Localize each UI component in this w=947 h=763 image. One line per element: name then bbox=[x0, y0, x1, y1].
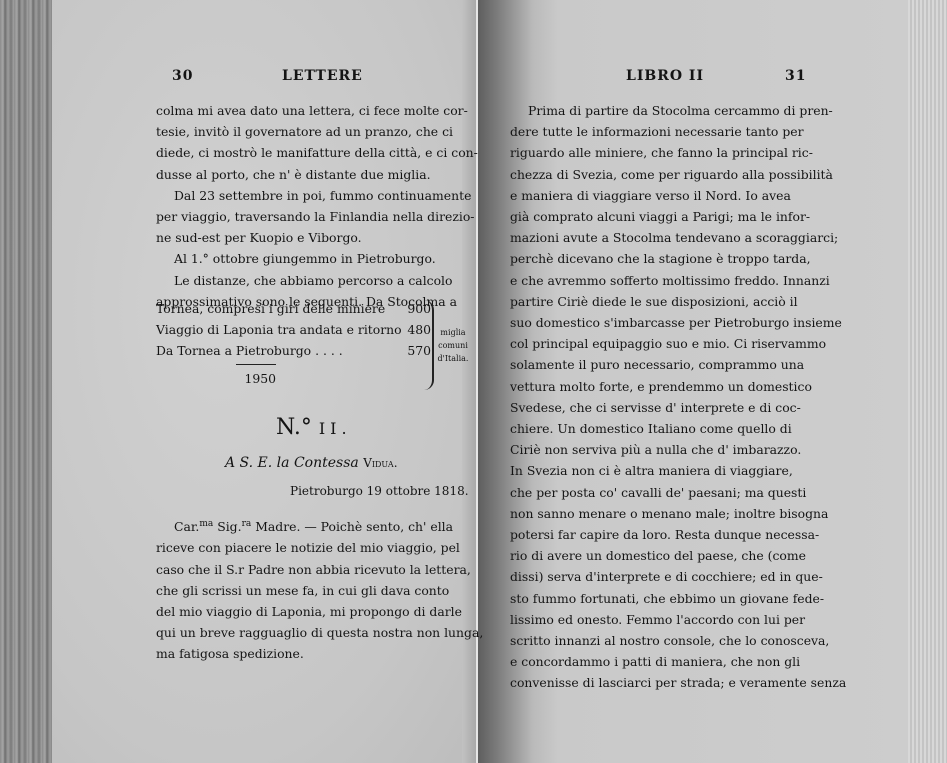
text-line: che gli scrissi un mese fa, in cui gli d… bbox=[156, 580, 466, 601]
text-line: convenisse di lasciarci per strada; e ve… bbox=[510, 672, 825, 693]
text-line: In Svezia non ci è altra maniera di viag… bbox=[510, 460, 825, 481]
distance-total: 1950 bbox=[232, 371, 276, 386]
text-line: riceve con piacere le notizie del mio vi… bbox=[156, 537, 466, 558]
unit-note-line: d'Italia. bbox=[436, 352, 470, 365]
left-page-number: 30 bbox=[172, 68, 193, 84]
text-line: del mio viaggio di Laponia, mi propongo … bbox=[156, 601, 466, 622]
letter-body: Car.ma Sig.ra Madre. — Poichè sento, ch'… bbox=[156, 514, 466, 665]
text-line: potersi far capire da loro. Resta dunque… bbox=[510, 524, 825, 545]
text-line: dissi) serva d'interprete e di cocchiere… bbox=[510, 566, 825, 587]
unit-note-line: miglia bbox=[436, 326, 470, 339]
text-line: caso che il S.r Padre non abbia ricevuto… bbox=[156, 559, 466, 580]
text-line: perchè dicevano che la stagione è troppo… bbox=[510, 248, 825, 269]
text-line: col principal equipaggio suo e mio. Ci r… bbox=[510, 333, 825, 354]
text-line: Al 1.° ottobre giungemmo in Pietroburgo. bbox=[156, 248, 466, 269]
text-line: rio di avere un domestico del paese, che… bbox=[510, 545, 825, 566]
viewer-margin bbox=[908, 0, 947, 763]
text-line: colma mi avea dato una lettera, ci fece … bbox=[156, 100, 466, 121]
text-line: qui un breve ragguaglio di questa nostra… bbox=[156, 622, 466, 643]
salutation: Car.ma Sig.ra Madre. — Poichè sento, ch'… bbox=[174, 514, 453, 537]
distance-label: Da Tornea a Pietroburgo . . . . bbox=[156, 343, 401, 358]
text-line: non sanno menare o menano male; inoltre … bbox=[510, 503, 825, 524]
distance-label: Viaggio di Laponia tra andata e ritorno bbox=[156, 322, 401, 337]
text-line: che per posta co' cavalli de' paesani; m… bbox=[510, 482, 825, 503]
right-page-number: 31 bbox=[785, 68, 806, 84]
text-line: chiere. Un domestico Italiano come quell… bbox=[510, 418, 825, 439]
left-running-head: LETTERE bbox=[282, 68, 363, 84]
addressee: A S. E. la Contessa Vidua. bbox=[225, 455, 398, 471]
text-line: già comprato alcuni viaggi a Parigi; ma … bbox=[510, 206, 825, 227]
text-line: dere tutte le informazioni necessarie ta… bbox=[510, 121, 825, 142]
text-line: suo domestico s'imbarcasse per Pietrobur… bbox=[510, 312, 825, 333]
left-text-top: colma mi avea dato una lettera, ci fece … bbox=[156, 100, 466, 312]
text-line: lissimo ed onesto. Femmo l'accordo con l… bbox=[510, 609, 825, 630]
text-line: e che avremmo sofferto moltissimo freddo… bbox=[510, 270, 825, 291]
text-line: sto fummo fortunati, che ebbimo un giova… bbox=[510, 588, 825, 609]
unit-note-line: comuni bbox=[436, 339, 470, 352]
text-line: scritto innanzi al nostro console, che l… bbox=[510, 630, 825, 651]
letter-heading: N.° II. bbox=[276, 415, 352, 440]
text-line: Ciriè non serviva più a nulla che d' imb… bbox=[510, 439, 825, 460]
text-line: solamente il puro necessario, comprammo … bbox=[510, 354, 825, 375]
dateline: Pietroburgo 19 ottobre 1818. bbox=[290, 484, 469, 498]
book-page-edges bbox=[0, 0, 52, 763]
salutation-line: Car.ma Sig.ra Madre. — Poichè sento, ch'… bbox=[156, 514, 466, 537]
text-line: chezza di Svezia, come per riguardo alla… bbox=[510, 164, 825, 185]
letter-number-prefix: N.° bbox=[276, 415, 312, 440]
unit-note: miglia comuni d'Italia. bbox=[436, 326, 470, 365]
text-line: e maniera di viaggiare verso il Nord. Io… bbox=[510, 185, 825, 206]
text-line: ne sud-est per Kuopio e Viborgo. bbox=[156, 227, 466, 248]
text-line: Dal 23 settembre in poi, fummo continuam… bbox=[156, 185, 466, 206]
right-text: Prima di partire da Stocolma cercammo di… bbox=[510, 100, 825, 694]
text-line: mazioni avute a Stocolma tendevano a sco… bbox=[510, 227, 825, 248]
sum-rule bbox=[236, 364, 276, 365]
text-line: e concordammo i patti di maniera, che no… bbox=[510, 651, 825, 672]
text-line: per viaggio, traversando la Finlandia ne… bbox=[156, 206, 466, 227]
text-line: riguardo alle miniere, che fanno la prin… bbox=[510, 142, 825, 163]
text-line: Prima di partire da Stocolma cercammo di… bbox=[510, 100, 825, 121]
text-line: Svedese, che ci servisse d' interprete e… bbox=[510, 397, 825, 418]
distance-label: Tornea, compresi i giri delle miniere bbox=[156, 301, 401, 316]
text-line: diede, ci mostrò le manifatture della ci… bbox=[156, 142, 466, 163]
letter-number: II. bbox=[319, 419, 352, 438]
right-running-head: LIBRO II bbox=[626, 68, 704, 84]
text-line: tesie, invitò il governatore ad un pranz… bbox=[156, 121, 466, 142]
text-line: vettura molto forte, e prendemmo un dome… bbox=[510, 376, 825, 397]
brace-glyph bbox=[424, 300, 434, 390]
text-line: dusse al porto, che n' è distante due mi… bbox=[156, 164, 466, 185]
text-line: partire Ciriè diede le sue disposizioni,… bbox=[510, 291, 825, 312]
text-line: ma fatigosa spedizione. bbox=[156, 643, 466, 664]
addressee-name: Vidua. bbox=[363, 456, 397, 470]
text-line: Le distanze, che abbiamo percorso a calc… bbox=[156, 270, 466, 291]
addressee-title: A S. E. la Contessa bbox=[225, 455, 359, 471]
